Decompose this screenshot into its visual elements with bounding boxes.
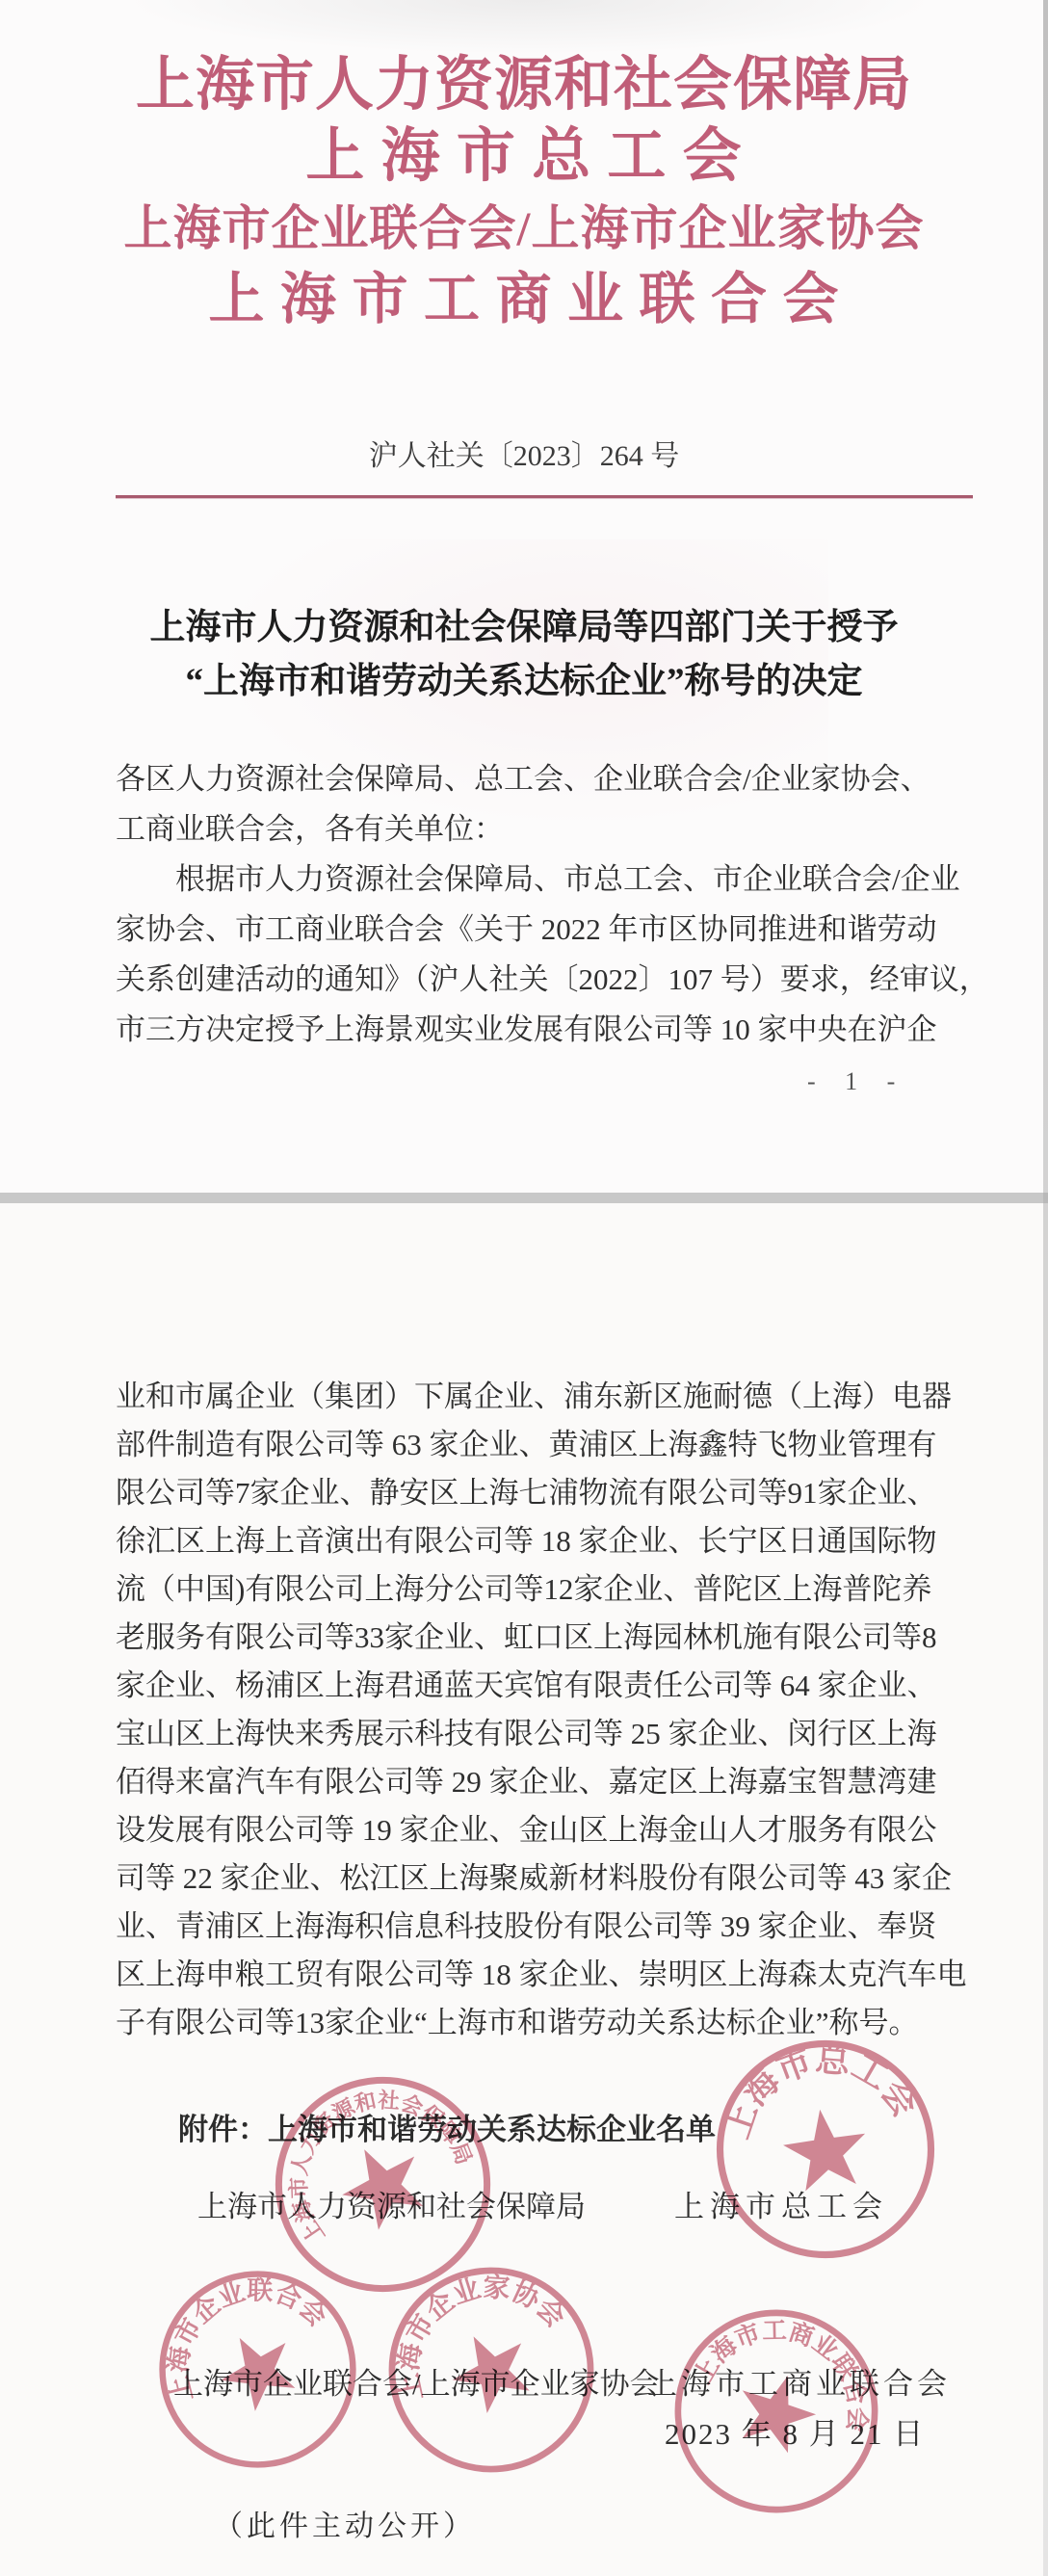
- page-1: 上海市人力资源和社会保障局 上 海 市 总 工 会 上海市企业联合会/上海市企业…: [0, 0, 1048, 1193]
- letterhead-line-industry-commerce: 上 海 市 工 商 业 联 合 会: [95, 264, 953, 335]
- body-line: 子有限公司等13家企业“上海市和谐劳动关系达标企业”称号。: [116, 1999, 987, 2047]
- body-line: 区上海申粮工贸有限公司等 18 家企业、崇明区上海森太克汽车电: [116, 1951, 987, 1999]
- scanned-document: 上海市人力资源和社会保障局 上 海 市 总 工 会 上海市企业联合会/上海市企业…: [0, 0, 1048, 2576]
- body-line: 业和市属企业（集团）下属企业、浦东新区施耐德（上海）电器: [116, 1373, 987, 1421]
- signature-enterprise-confederation: 上海市企业联合会/上海市企业家协会: [173, 2359, 660, 2403]
- page-gap-divider: [0, 1193, 1048, 1203]
- body-line: 部件制造有限公司等 63 家企业、黄浦区上海鑫特飞物业管理有: [116, 1421, 987, 1469]
- body-line: 根据市人力资源社会保障局、市总工会、市企业联合会/企业: [116, 854, 987, 905]
- document-date: 2023 年 8 月 21 日: [665, 2409, 925, 2453]
- title-line-2: “上海市和谐劳动关系达标企业”称号的决定: [0, 655, 1048, 709]
- attachment-line: 附件：上海市和谐劳动关系达标企业名单: [178, 2105, 716, 2148]
- letterhead-line-enterprise-confederation: 上海市企业联合会/上海市企业家协会: [95, 193, 953, 264]
- body-line: 老服务有限公司等33家企业、虹口区上海园林机施有限公司等8: [116, 1614, 987, 1662]
- letterhead: 上海市人力资源和社会保障局 上 海 市 总 工 会 上海市企业联合会/上海市企业…: [95, 50, 953, 335]
- public-disclosure-note: （此件主动公开）: [214, 2502, 476, 2544]
- body-line: 宝山区上海快来秀展示科技有限公司等 25 家企业、闵行区上海: [116, 1710, 987, 1758]
- signature-hr-bureau: 上海市人力资源和社会保障局: [197, 2182, 586, 2225]
- page-2-body: 业和市属企业（集团）下属企业、浦东新区施耐德（上海）电器 部件制造有限公司等 6…: [116, 1373, 987, 2047]
- body-line: 业、青浦区上海海积信息科技股份有限公司等 39 家企业、奉贤: [116, 1903, 987, 1951]
- signature-trade-union: 上海市总工会: [674, 2182, 888, 2225]
- letterhead-line-hr-bureau: 上海市人力资源和社会保障局: [95, 50, 953, 121]
- letterhead-line-trade-union: 上 海 市 总 工 会: [95, 121, 953, 193]
- document-title: 上海市人力资源和社会保障局等四部门关于授予 “上海市和谐劳动关系达标企业”称号的…: [0, 601, 1048, 709]
- body-line: 设发展有限公司等 19 家企业、金山区上海金山人才服务有限公: [116, 1806, 987, 1854]
- scan-ghosting: [135, 0, 925, 53]
- body-line: 工商业联合会，各有关单位：: [116, 804, 987, 854]
- body-line: 徐汇区上海上音演出有限公司等 18 家企业、长宁区日通国际物: [116, 1517, 987, 1565]
- document-number: 沪人社关〔2023〕264 号: [0, 432, 1048, 474]
- page-2: 业和市属企业（集团）下属企业、浦东新区施耐德（上海）电器 部件制造有限公司等 6…: [0, 1203, 1048, 2576]
- body-line: 流（中国)有限公司上海分公司等12家企业、普陀区上海普陀养: [116, 1565, 987, 1614]
- body-line: 家企业、杨浦区上海君通蓝天宾馆有限责任公司等 64 家企业、: [116, 1662, 987, 1710]
- body-line: 关系创建活动的通知》（沪人社关〔2022〕107 号）要求，经审议，: [116, 955, 987, 1005]
- red-divider-rule: [116, 495, 973, 498]
- body-line: 限公司等7家企业、静安区上海七浦物流有限公司等91家企业、: [116, 1469, 987, 1517]
- scan-edge-line: [1043, 0, 1048, 2576]
- body-line: 司等 22 家企业、松江区上海聚威新材料股份有限公司等 43 家企: [116, 1854, 987, 1903]
- body-line: 市三方决定授予上海景观实业发展有限公司等 10 家中央在沪企: [116, 1005, 987, 1055]
- page-number: - 1 -: [807, 1067, 906, 1096]
- body-line: 佰得来富汽车有限公司等 29 家企业、嘉定区上海嘉宝智慧湾建: [116, 1758, 987, 1806]
- body-line: 各区人力资源社会保障局、总工会、企业联合会/企业家协会、: [116, 754, 987, 804]
- trade-union-seal-icon: 上海市总工会: [696, 2020, 956, 2279]
- signature-industry-commerce: 上海市工商业联合会: [647, 2359, 951, 2403]
- body-line: 家协会、市工商业联合会《关于 2022 年市区协同推进和谐劳动: [116, 905, 987, 955]
- page-1-body: 各区人力资源社会保障局、总工会、企业联合会/企业家协会、 工商业联合会，各有关单…: [116, 754, 987, 1055]
- title-line-1: 上海市人力资源和社会保障局等四部门关于授予: [0, 601, 1048, 655]
